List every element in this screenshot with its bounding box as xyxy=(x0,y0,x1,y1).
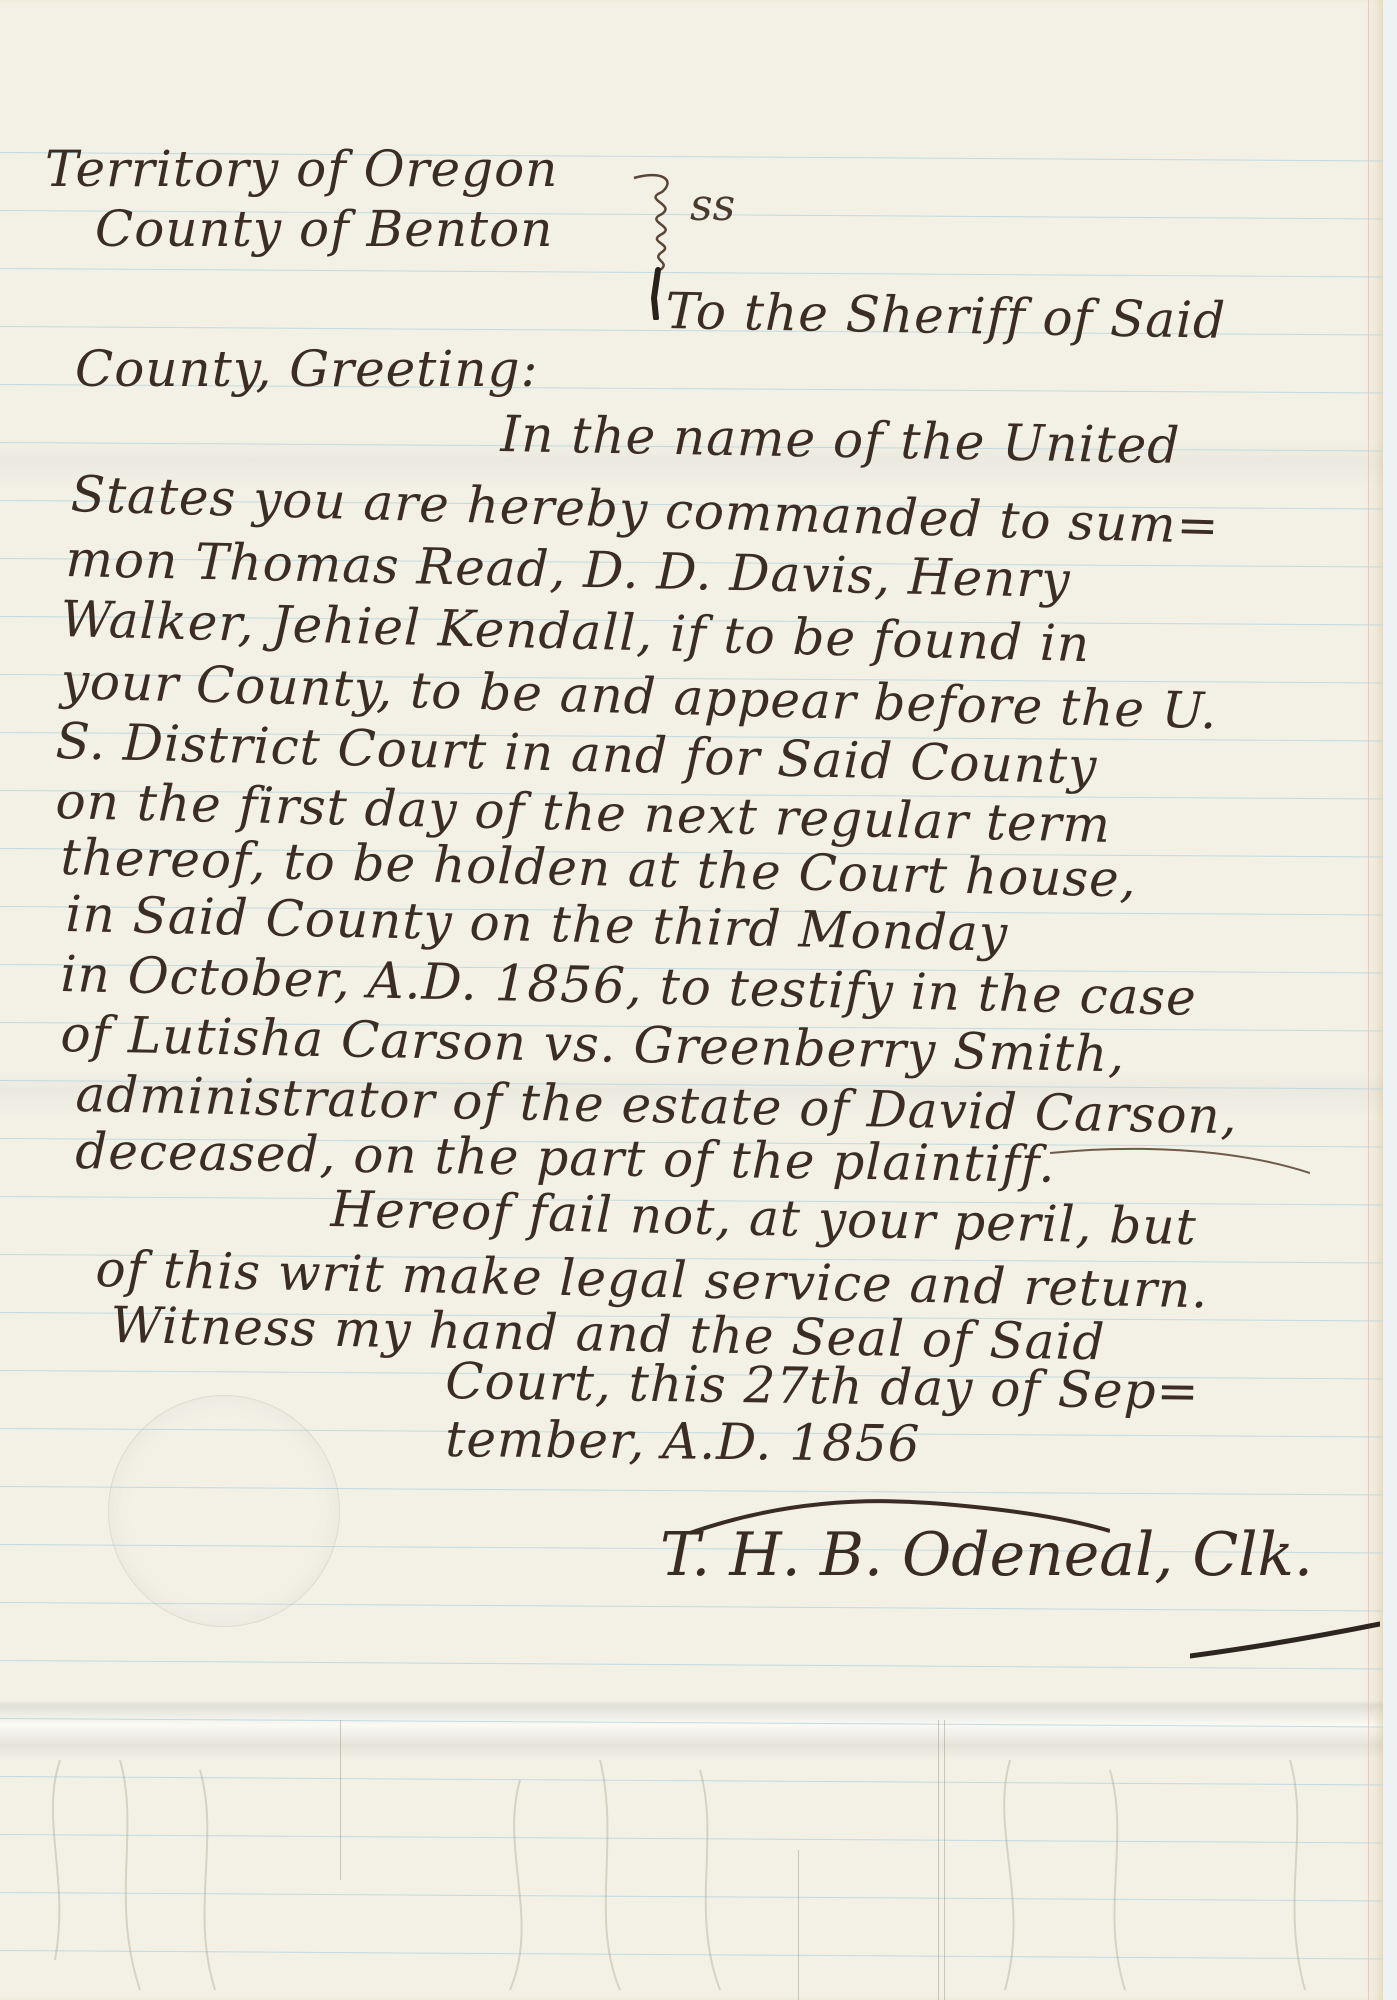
ruled-line xyxy=(0,1660,1383,1669)
body-line-13: deceased, on the part of the plaintiff. xyxy=(75,1122,1056,1194)
body-line-1: In the name of the United xyxy=(500,405,1181,475)
document-page: Territory of Oregon County of Benton ss … xyxy=(0,0,1383,2000)
ruled-line xyxy=(0,268,1383,277)
margin-line xyxy=(1368,0,1369,2000)
body-line-14: Hereof fail not, at your peril, but xyxy=(330,1180,1197,1256)
caption-territory: Territory of Oregon xyxy=(45,140,558,198)
address-line-1: To the Sheriff of Said xyxy=(665,282,1227,350)
caption-county: County of Benton xyxy=(95,200,553,258)
ruled-line xyxy=(0,1718,1383,1727)
flourish-line xyxy=(1050,1145,1310,1175)
signature-underline xyxy=(1190,1620,1380,1660)
body-line-18: tember, A.D. 1856 xyxy=(445,1410,921,1473)
embossed-seal xyxy=(108,1395,340,1627)
address-line-2: County, Greeting: xyxy=(75,340,538,398)
bleed-through-script xyxy=(0,1760,1383,2000)
clerk-signature: T. H. B. Odeneal, Clk. xyxy=(660,1520,1313,1590)
ss-mark: ss xyxy=(690,180,735,231)
